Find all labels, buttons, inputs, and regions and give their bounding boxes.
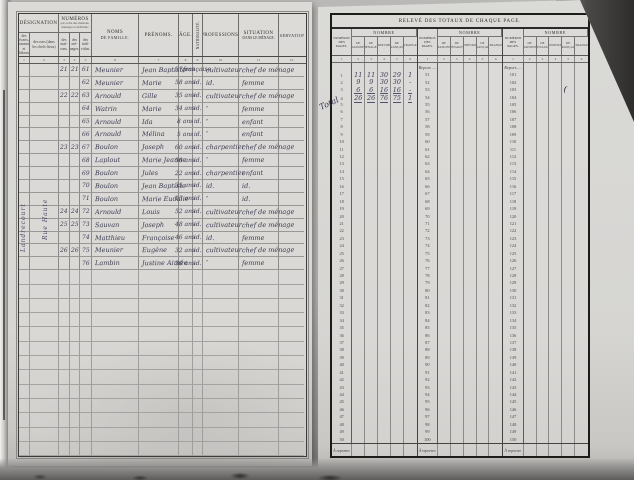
page-number-cell: 73 [418,235,438,242]
page-row: 70 [418,212,503,219]
value-cell [352,324,365,331]
report-row: Report..... [418,63,503,71]
empty-cell [80,313,92,327]
page-number-cell: 128 [503,272,523,279]
handwritten-age: 32 ans [175,247,195,254]
value-cell [477,287,490,294]
handwritten-nat: id. [194,131,202,138]
cell-nat: id. [193,193,203,206]
page-number-cell: 101 [503,71,523,78]
cell-age: 58 ans [179,154,193,167]
empty-cell [92,428,139,442]
cell-nat: id. [193,219,203,232]
empty-cell [92,442,139,456]
page-number-cell: 141 [503,369,523,376]
empty-cell [279,285,304,299]
cell-profession: ″ [203,116,239,129]
value-cell [477,131,490,138]
value-cell [575,324,588,331]
value-cell [549,145,562,152]
value-cell [524,101,537,108]
value-cell [438,131,451,138]
header-nationalite: NATIONALITÉ. [193,14,203,56]
value-cell [365,354,378,361]
value-cell [537,101,550,108]
value-cell [378,227,391,234]
value-cell [562,175,575,182]
value-cell [365,190,378,197]
value-cell [404,421,417,428]
value-cell [562,302,575,309]
page-number-cell: 139 [503,354,523,361]
value-cell [352,183,365,190]
page-number: 87 [425,340,429,345]
empty-cell [70,342,80,356]
page-row: 69 [418,205,503,212]
empty-cell [203,442,239,456]
column-number: 6 [404,56,417,62]
handwritten-nom: Boulon [95,143,118,151]
value-cell [451,339,464,346]
value-cell [404,391,417,398]
empty-cell [524,444,537,456]
cell-prenom: Louis [139,206,179,219]
cell-maison [59,180,70,193]
handwritten-situation: chef de ménage [242,220,294,229]
value-cell [438,376,451,383]
empty-cell [193,399,203,413]
handwritten-prenom: Eugène [142,246,167,254]
page-number-cell: 82 [418,302,438,309]
empty-cell [391,444,404,456]
page-number-cell: 108 [503,123,523,130]
value-cell [451,235,464,242]
value-cell [549,123,562,130]
value-cell [352,287,365,294]
value-cell [451,361,464,368]
value-cell [489,354,502,361]
value-cell [352,346,365,353]
value-cell [549,86,562,93]
value-cell [365,220,378,227]
value-cell [451,302,464,309]
page-number: 22 [339,228,343,233]
page-number-cell: 45 [332,398,352,405]
empty-cell [404,63,417,71]
value-cell [404,257,417,264]
cell-profession: id. [203,180,239,193]
value-cell [489,302,502,309]
value-cell [391,235,404,242]
page-row: 65 [418,175,503,182]
empty-cell [30,285,59,299]
cell-ecart [19,64,30,77]
header-designation-ecarts: des écarts, hameaux et châteaux [19,33,30,56]
value-cell [378,316,391,323]
empty-cell [30,385,59,399]
value-cell [489,160,502,167]
empty-cell [279,442,304,456]
page-number: 9 [341,132,343,137]
page-edge-line [3,90,5,420]
value-cell [378,250,391,257]
cell-profession: charpentier [203,167,239,180]
page-row: 79 [418,279,503,286]
empty-cell [139,270,179,284]
value-cell [438,235,451,242]
pages-column-header: NUMÉROS DES PAGES. [332,29,352,55]
empty-cell [279,428,304,442]
value-cell [477,227,490,234]
value-cell [537,108,550,115]
empty-row [19,356,306,370]
value-cell [438,153,451,160]
page-number-cell: 87 [418,339,438,346]
header-professions: PROFESSIONS. [203,14,239,56]
value-cell [464,116,477,123]
value-cell [562,279,575,286]
cell-nat: id. [193,103,203,116]
value-cell [365,183,378,190]
page-number: 76 [425,258,429,263]
page-number: 134 [510,318,517,323]
page-row: 145 [503,398,588,405]
value-cell [524,138,537,145]
page-row: 99 [418,428,503,435]
handwritten-profession: charpentier [206,169,245,177]
record-row: 74MatthieuFrançoise46 ansid.id.femme [19,232,306,245]
value-cell [391,153,404,160]
handwritten-age: 15 ans [175,195,195,202]
value-cell [451,421,464,428]
value-cell [562,116,575,123]
handwritten-individu: 67 [82,144,90,151]
value-cell [438,435,451,442]
value-cell [524,227,537,234]
empty-cell [239,285,279,299]
cell-obs [279,167,304,180]
value-cell [391,197,404,204]
handwritten-menage: 26 [71,247,79,254]
page-number: 23 [339,236,343,241]
page-row: 12 [332,153,417,160]
page-number: 66 [425,184,429,189]
value-cell [438,71,451,78]
value-cell [549,190,562,197]
page-row: 108 [503,123,588,130]
cell-age: 48 ans [179,219,193,232]
empty-cell [139,399,179,413]
handwritten-maison: 25 [60,221,68,228]
cell-nom: Meunier [92,77,139,90]
value-cell [404,168,417,175]
empty-cell [30,299,59,313]
page-number: 81 [425,295,429,300]
header-observations: OBSERVATIONS. [279,14,304,56]
value-cell [537,398,550,405]
value-cell [378,383,391,390]
value-cell [378,435,391,442]
value-cell [438,183,451,190]
value-cell [404,101,417,108]
value-cell [365,108,378,115]
page-number: 142 [510,377,517,382]
page-number-cell: 97 [418,413,438,420]
value-cell [537,309,550,316]
value-cell [537,331,550,338]
cell-individu: 68 [80,154,92,167]
page-row: 147 [503,413,588,420]
value-cell [365,369,378,376]
handwritten-nat: id. [194,221,202,228]
value-cell [438,346,451,353]
value-cell [404,361,417,368]
value-cell [549,116,562,123]
value-cell [537,383,550,390]
value-cell [352,175,365,182]
value-cell [524,428,537,435]
value-cell [365,398,378,405]
empty-cell [562,444,575,456]
handwritten-prenom: Joseph [142,221,164,229]
page-row: 82 [418,302,503,309]
value-cell [562,398,575,405]
page-row: 146 [503,406,588,413]
record-row: 242472ArnouldLouis52 ansid.cultivateurch… [19,206,306,219]
value-cell [524,93,537,100]
cell-profession: charpentier [203,141,239,154]
value-cell [451,435,464,442]
value-cell [391,302,404,309]
value-cell [549,153,562,160]
page-number: 132 [510,303,517,308]
handwritten-profession: ″ [206,195,209,203]
page-number: 129 [510,280,517,285]
empty-cell [239,327,279,341]
cell-ecart [19,103,30,116]
value-cell [404,227,417,234]
value-cell [438,123,451,130]
page-row: 61 [418,145,503,152]
empty-cell [279,342,304,356]
value-cell [537,354,550,361]
value-cell [365,160,378,167]
value-cell [404,264,417,271]
empty-cell [489,444,502,456]
page-number: 70 [425,214,429,219]
value-cell [524,168,537,175]
page-number: 97 [425,414,429,419]
value-cell [352,250,365,257]
page-number: 107 [510,117,517,122]
value-cell [575,78,588,85]
cell-nat: id. [193,206,203,219]
page-number-cell: 22 [332,227,352,234]
record-row: 69BoulonJules22 ansid.charpentierenfant [19,167,306,180]
handwritten-situation: chef de ménage [242,66,294,75]
value-cell [575,93,588,100]
value-cell [365,116,378,123]
page-row: 38 [332,346,417,353]
value-cell [438,197,451,204]
empty-cell [203,385,239,399]
value-cell [451,264,464,271]
value-cell [365,279,378,286]
page-number-cell: 127 [503,264,523,271]
handwritten-age: 58 ans [175,79,195,86]
page-row: 126 [503,257,588,264]
page-number: 48 [339,422,343,427]
page-number-cell: 46 [332,406,352,413]
value-cell [489,108,502,115]
page-number: 31 [339,295,343,300]
value-cell [477,309,490,316]
cell-maison [59,128,70,141]
handwritten-nom: Arnould [95,92,121,100]
empty-cell [279,370,304,384]
empty-cell [19,285,30,299]
value-cell [464,264,477,271]
value-cell [477,168,490,175]
cell-prenom: Jules [139,167,179,180]
value-cell [537,250,550,257]
handwritten-nat: id. [194,144,202,151]
cell-nat: id. [193,244,203,257]
value-cell [352,391,365,398]
page-number: 73 [425,236,429,241]
handwritten-prenom: Marie [142,105,162,113]
handwritten-menage: 23 [71,144,79,151]
value-cell [537,86,550,93]
column-number: 3 [451,56,464,62]
page-row: 119 [503,205,588,212]
value-cell [562,153,575,160]
value-cell [477,369,490,376]
page-number: 92 [425,377,429,382]
scan-bottom-artifacts [0,466,634,480]
value-cell [489,153,502,160]
handwritten-prenom: Joseph [142,143,164,151]
value-cell [391,279,404,286]
value-cell [378,413,391,420]
page-number: 133 [510,310,517,315]
page-number-cell: 47 [332,413,352,420]
page-number-cell: 50 [332,435,352,442]
value-cell [477,235,490,242]
page-number-cell: 98 [418,421,438,428]
page-row: 141 [503,369,588,376]
value-cell [451,324,464,331]
value-cell [464,309,477,316]
cell-situation: femme [239,77,279,90]
cell-menage [70,193,80,206]
page-number-cell: 25 [332,250,352,257]
column-number: 11 [239,57,279,63]
page-row: 50 [332,435,417,442]
column-number: 12 [279,57,304,63]
cell-situation: enfant [239,116,279,129]
page-number: 57 [425,117,429,122]
column-number: 4 [378,56,391,62]
empty-cell [139,370,179,384]
page-row: 137 [503,339,588,346]
value-cell [549,242,562,249]
value-cell [438,264,451,271]
empty-cell [139,356,179,370]
page-number-cell: 83 [418,309,438,316]
value-cell [537,406,550,413]
value-cell [477,294,490,301]
empty-cell [19,442,30,456]
page-number: 36 [339,333,343,338]
empty-cell [70,327,80,341]
page-row: 81 [418,294,503,301]
empty-cell [92,327,139,341]
value-cell [575,86,588,93]
empty-cell [19,299,30,313]
page-number: 79 [425,280,429,285]
page-number-cell: 12 [332,153,352,160]
value-cell [562,145,575,152]
page-number: 80 [425,288,429,293]
value-cell [562,71,575,78]
empty-cell [30,356,59,370]
value-cell [378,153,391,160]
page-number-cell: 135 [503,324,523,331]
value-cell [378,138,391,145]
page-number-cell: 44 [332,391,352,398]
page-number: 44 [339,392,343,397]
value-cell [464,101,477,108]
value-cell [404,235,417,242]
value-cell [391,264,404,271]
value-cell [365,391,378,398]
page-number: 139 [510,355,517,360]
page-number-cell: 51 [418,71,438,78]
column-number: 3 [365,56,378,62]
value-cell [451,406,464,413]
empty-cell [279,413,304,427]
value-cell [549,197,562,204]
value-cell [477,197,490,204]
value-cell [562,354,575,361]
value-cell [404,242,417,249]
value-cell [438,108,451,115]
value-cell [464,316,477,323]
page-row: 129 [503,279,588,286]
value-cell [562,309,575,316]
page-row: 102 [503,78,588,85]
page-row: 73 [418,235,503,242]
value-cell [391,369,404,376]
cell-menage [70,128,80,141]
page-row: 93 [418,383,503,390]
value-cell [451,391,464,398]
value-cell [489,272,502,279]
value-cell [352,123,365,130]
page-number-cell: 124 [503,242,523,249]
value-cell [562,383,575,390]
page-number-cell: 107 [503,116,523,123]
value-cell [549,369,562,376]
value-cell [391,183,404,190]
value-cell [365,287,378,294]
page-row: 49 [332,428,417,435]
empty-cell [59,399,70,413]
value-cell [537,421,550,428]
page-row: 140 [503,361,588,368]
value-cell [524,376,537,383]
